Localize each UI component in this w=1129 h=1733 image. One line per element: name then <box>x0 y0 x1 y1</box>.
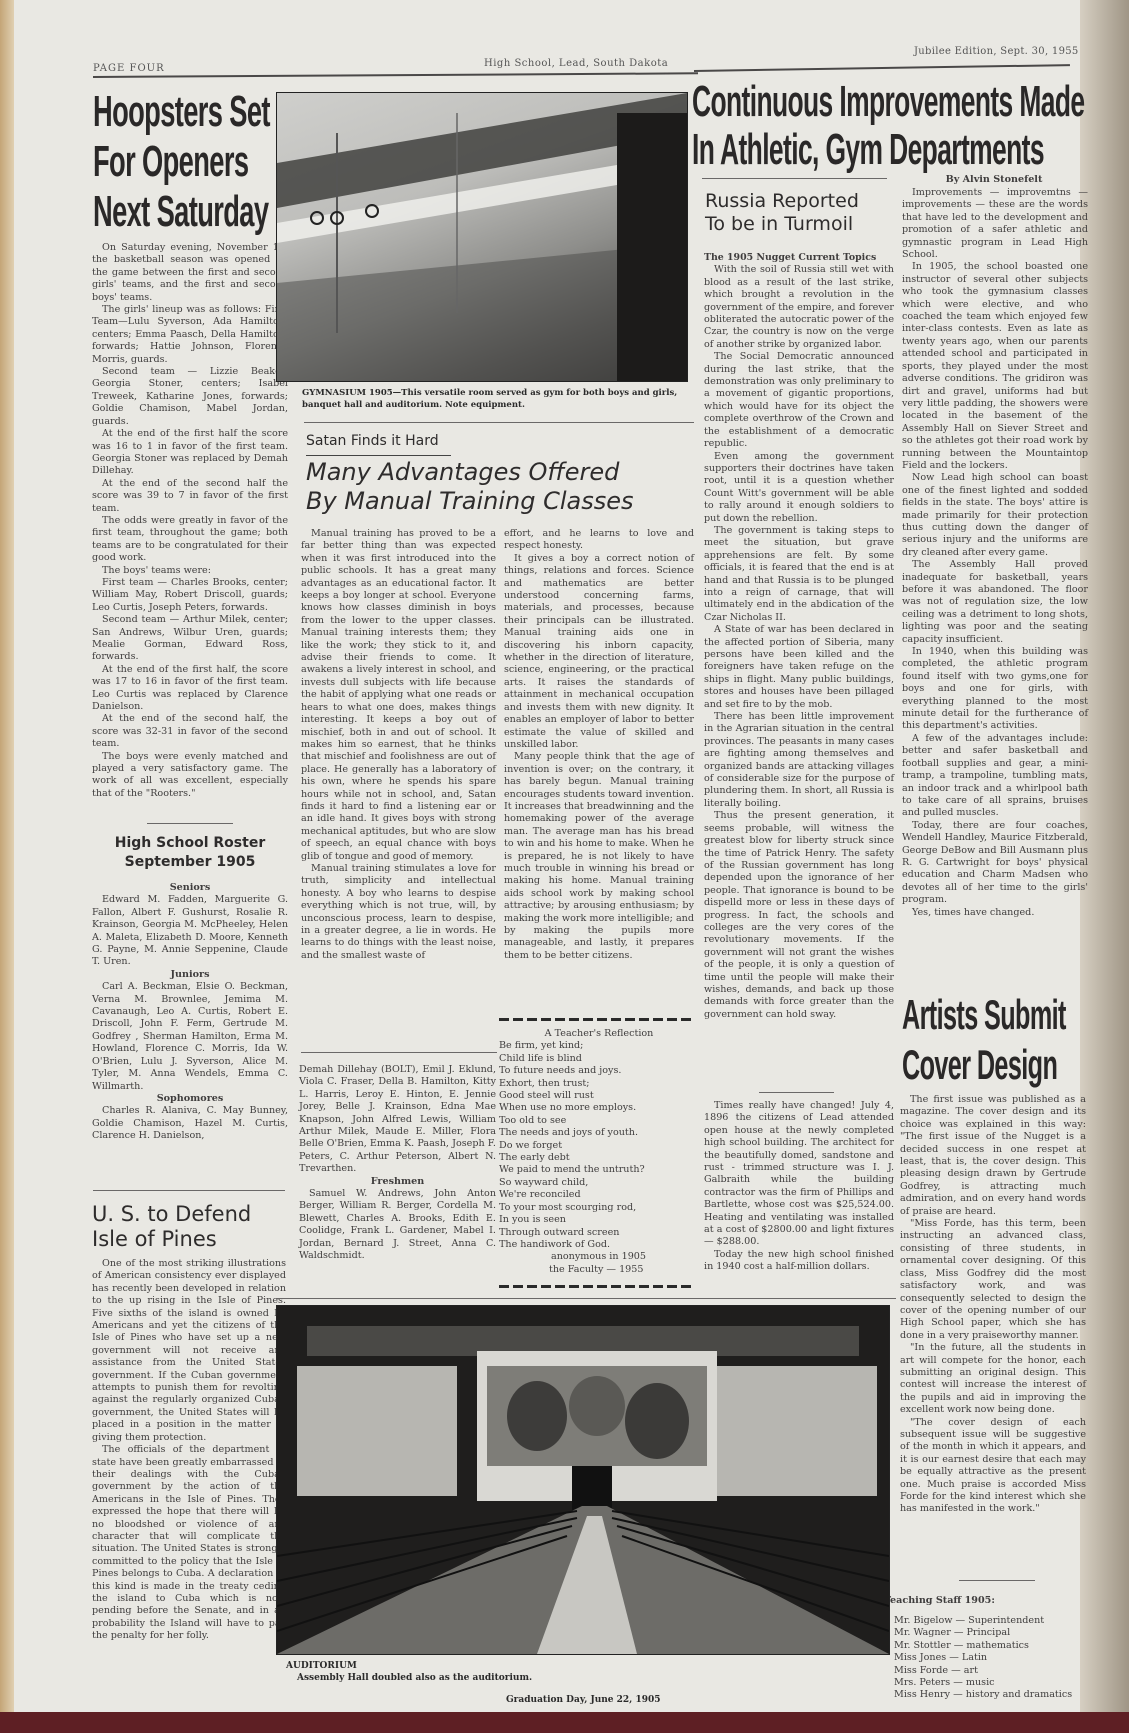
artists-headline-2: Cover Design <box>902 1044 1057 1086</box>
auditorium-illustration <box>277 1306 889 1654</box>
teachers-reflection-poem: A Teacher's Reflection Be firm, yet kind… <box>499 1028 699 1276</box>
divider <box>93 1190 285 1191</box>
staff-list: Mr. Bigelow — Superintendent Mr. Wagner … <box>894 1615 1084 1702</box>
paragraph: On Saturday evening, November 18, the ba… <box>92 242 288 304</box>
seniors-names: Edward M. Fadden, Marguerite G. Fallon, … <box>92 894 288 968</box>
hoopsters-article: On Saturday evening, November 18, the ba… <box>92 242 288 800</box>
improvements-article: Improvements — improvemtns — improvement… <box>902 187 1088 919</box>
paragraph: Second team — Arthur Milek, center; San … <box>92 614 288 664</box>
gymnasium-caption: GYMNASIUM 1905—This versatile room serve… <box>302 387 682 411</box>
paragraph: There has been little improvement in the… <box>704 711 894 810</box>
paragraph: Second team — Lizzie Beakey, Georgia Sto… <box>92 366 288 428</box>
pines-article: One of the most striking illustrations o… <box>92 1258 286 1643</box>
paragraph: At the end of the first half the score w… <box>92 428 288 478</box>
sophomores-label: Sophomores <box>92 1093 288 1105</box>
auditorium-caption: Assembly Hall doubled also as the audito… <box>297 1672 532 1684</box>
book-binding-bottom <box>0 1712 1129 1733</box>
paragraph: Manual training has proved to be a far b… <box>301 528 496 863</box>
paragraph: Improvements — improvemtns — improvement… <box>902 187 1088 261</box>
kicker-underline <box>306 455 451 456</box>
sophomores-names-continued: Demah Dillehay (BOLT), Emil J. Eklund, V… <box>299 1064 496 1176</box>
paragraph: Yes, times have changed. <box>902 907 1088 919</box>
manual-headline-1: Many Advantages Offered <box>306 459 619 485</box>
divider <box>304 422 694 423</box>
paragraph: Many people think that the age of invent… <box>504 751 694 962</box>
manual-column-2: effort, and he learns to love and respec… <box>504 528 694 962</box>
paragraph: First team — Charles Brooks, center; Wil… <box>92 577 288 614</box>
paragraph: Even among the government supporters the… <box>704 451 894 525</box>
juniors-names: Carl A. Beckman, Elsie O. Beckman, Verna… <box>92 981 288 1093</box>
manual-headline-2: By Manual Training Classes <box>306 488 634 514</box>
poem-title: A Teacher's Reflection <box>499 1028 699 1040</box>
auditorium-photo <box>276 1305 890 1655</box>
roster-title-2: September 1905 <box>92 855 288 870</box>
header-rule-left <box>93 72 698 78</box>
poem-border-bottom <box>499 1285 694 1288</box>
staff-title: Teaching Staff 1905: <box>884 1595 995 1607</box>
paragraph: Manual training stimulates a love for tr… <box>301 863 496 962</box>
newspaper-page: PAGE FOUR High School, Lead, South Dakot… <box>14 0 1080 1712</box>
freshmen-names: Samuel W. Andrews, John Anton Berger, Wi… <box>299 1188 496 1262</box>
paragraph: At the end of the second half, the score… <box>92 713 288 750</box>
paragraph: Times really have changed! July 4, 1896 … <box>704 1100 894 1249</box>
juniors-label: Juniors <box>92 969 288 981</box>
paragraph: One of the most striking illustrations o… <box>92 1258 286 1444</box>
divider <box>959 1580 1035 1581</box>
paragraph: The odds were greatly in favor of the fi… <box>92 515 288 565</box>
roster-title-1: High School Roster <box>92 836 288 851</box>
improvements-headline-2: In Athletic, Gym Departments <box>692 128 1044 172</box>
paragraph: "Miss Forde, has this term, been instruc… <box>900 1218 1086 1342</box>
hoopsters-headline-2: For Openers <box>93 140 248 184</box>
page-label: PAGE FOUR <box>93 63 165 74</box>
paragraph: The Social Democratic announced during t… <box>704 351 894 450</box>
russia-headline-2: To be in Turmoil <box>705 214 853 235</box>
russia-source: The 1905 Nugget Current Topics <box>704 252 894 264</box>
paragraph: At the end of the first half, the score … <box>92 664 288 714</box>
times-changed-article: Times really have changed! July 4, 1896 … <box>704 1100 894 1274</box>
paragraph: A few of the advantages include: better … <box>902 733 1088 820</box>
manual-kicker: Satan Finds it Hard <box>306 434 439 449</box>
poem-lines: Be firm, yet kind; Child life is blind T… <box>499 1040 699 1251</box>
russia-article: The 1905 Nugget Current Topics With the … <box>704 252 894 1021</box>
improvements-byline: By Alvin Stonefelt <box>899 174 1089 186</box>
header-rule-right <box>694 64 1070 72</box>
paragraph: The girls' lineup was as follows: First … <box>92 304 288 366</box>
paragraph: At the end of the second half the score … <box>92 478 288 515</box>
staff-member: Mr. Wagner — Principal <box>894 1627 1084 1639</box>
artists-headline-1: Artists Submit <box>902 994 1066 1036</box>
auditorium-title: AUDITORIUM <box>286 1660 357 1672</box>
roster-list: Seniors Edward M. Fadden, Marguerite G. … <box>92 882 288 1143</box>
sophomores-names: Charles R. Alaniva, C. May Bunney, Goldi… <box>92 1105 288 1142</box>
paragraph: "The cover design of each subsequent iss… <box>900 1417 1086 1516</box>
paragraph: The boys were evenly matched and played … <box>92 751 288 801</box>
artists-article: The first issue was published as a magaz… <box>900 1094 1086 1516</box>
paragraph: Today, there are four coaches, Wendell H… <box>902 820 1088 907</box>
paragraph: In 1940, when this building was complete… <box>902 646 1088 733</box>
paragraph: The officials of the department of state… <box>92 1444 286 1643</box>
seniors-label: Seniors <box>92 882 288 894</box>
paragraph: In 1905, the school boasted one instruct… <box>902 261 1088 472</box>
staff-member: Mrs. Peters — music <box>894 1677 1084 1689</box>
staff-member: Miss Jones — Latin <box>894 1652 1084 1664</box>
divider <box>276 1298 896 1299</box>
paragraph: "In the future, all the students in art … <box>900 1342 1086 1416</box>
hoopsters-headline-3: Next Saturday <box>93 190 268 234</box>
paragraph: effort, and he learns to love and respec… <box>504 528 694 553</box>
poem-credit-1: anonymous in 1905 <box>499 1251 699 1263</box>
staff-member: Mr. Bigelow — Superintendent <box>894 1615 1084 1627</box>
freshmen-label: Freshmen <box>299 1176 496 1188</box>
book-binding-left <box>0 0 14 1733</box>
improvements-headline-1: Continuous Improvements Made <box>692 80 1084 124</box>
hoopsters-headline-1: Hoopsters Set <box>93 90 270 134</box>
pines-headline-2: Isle of Pines <box>92 1228 217 1251</box>
masthead-school: High School, Lead, South Dakota <box>484 58 668 69</box>
paragraph: Now Lead high school can boast one of th… <box>902 472 1088 559</box>
paragraph: A State of war has been declared in the … <box>704 624 894 711</box>
poem-credit-2: the Faculty — 1955 <box>499 1264 699 1276</box>
roster-continued: Demah Dillehay (BOLT), Emil J. Eklund, V… <box>299 1064 496 1263</box>
poem-border-top <box>499 1018 694 1021</box>
paragraph: It gives a boy a correct notion of thing… <box>504 553 694 752</box>
manual-column-1: Manual training has proved to be a far b… <box>301 528 496 962</box>
divider <box>702 178 887 179</box>
divider <box>759 1092 834 1093</box>
pines-headline-1: U. S. to Defend <box>92 1203 251 1226</box>
paragraph: The government is taking steps to meet t… <box>704 525 894 624</box>
gymnasium-photo <box>276 92 688 382</box>
paragraph: The Assembly Hall proved inadequate for … <box>902 559 1088 646</box>
edition-date: Jubilee Edition, Sept. 30, 1955 <box>914 46 1079 57</box>
paragraph: Today the new high school finished in 19… <box>704 1249 894 1274</box>
russia-headline-1: Russia Reported <box>705 191 859 212</box>
staff-member: Miss Henry — history and dramatics <box>894 1689 1084 1701</box>
staff-member: Mr. Stottler — mathematics <box>894 1640 1084 1652</box>
gymnasium-illustration <box>277 93 687 381</box>
paragraph: Thus the present generation, it seems pr… <box>704 810 894 1021</box>
paragraph: The boys' teams were: <box>92 565 288 577</box>
paragraph: With the soil of Russia still wet with b… <box>704 264 894 351</box>
divider <box>301 1052 497 1053</box>
graduation-day-line: Graduation Day, June 22, 1905 <box>506 1694 661 1706</box>
staff-member: Miss Forde — art <box>894 1665 1084 1677</box>
divider <box>147 823 233 824</box>
paragraph: The first issue was published as a magaz… <box>900 1094 1086 1218</box>
